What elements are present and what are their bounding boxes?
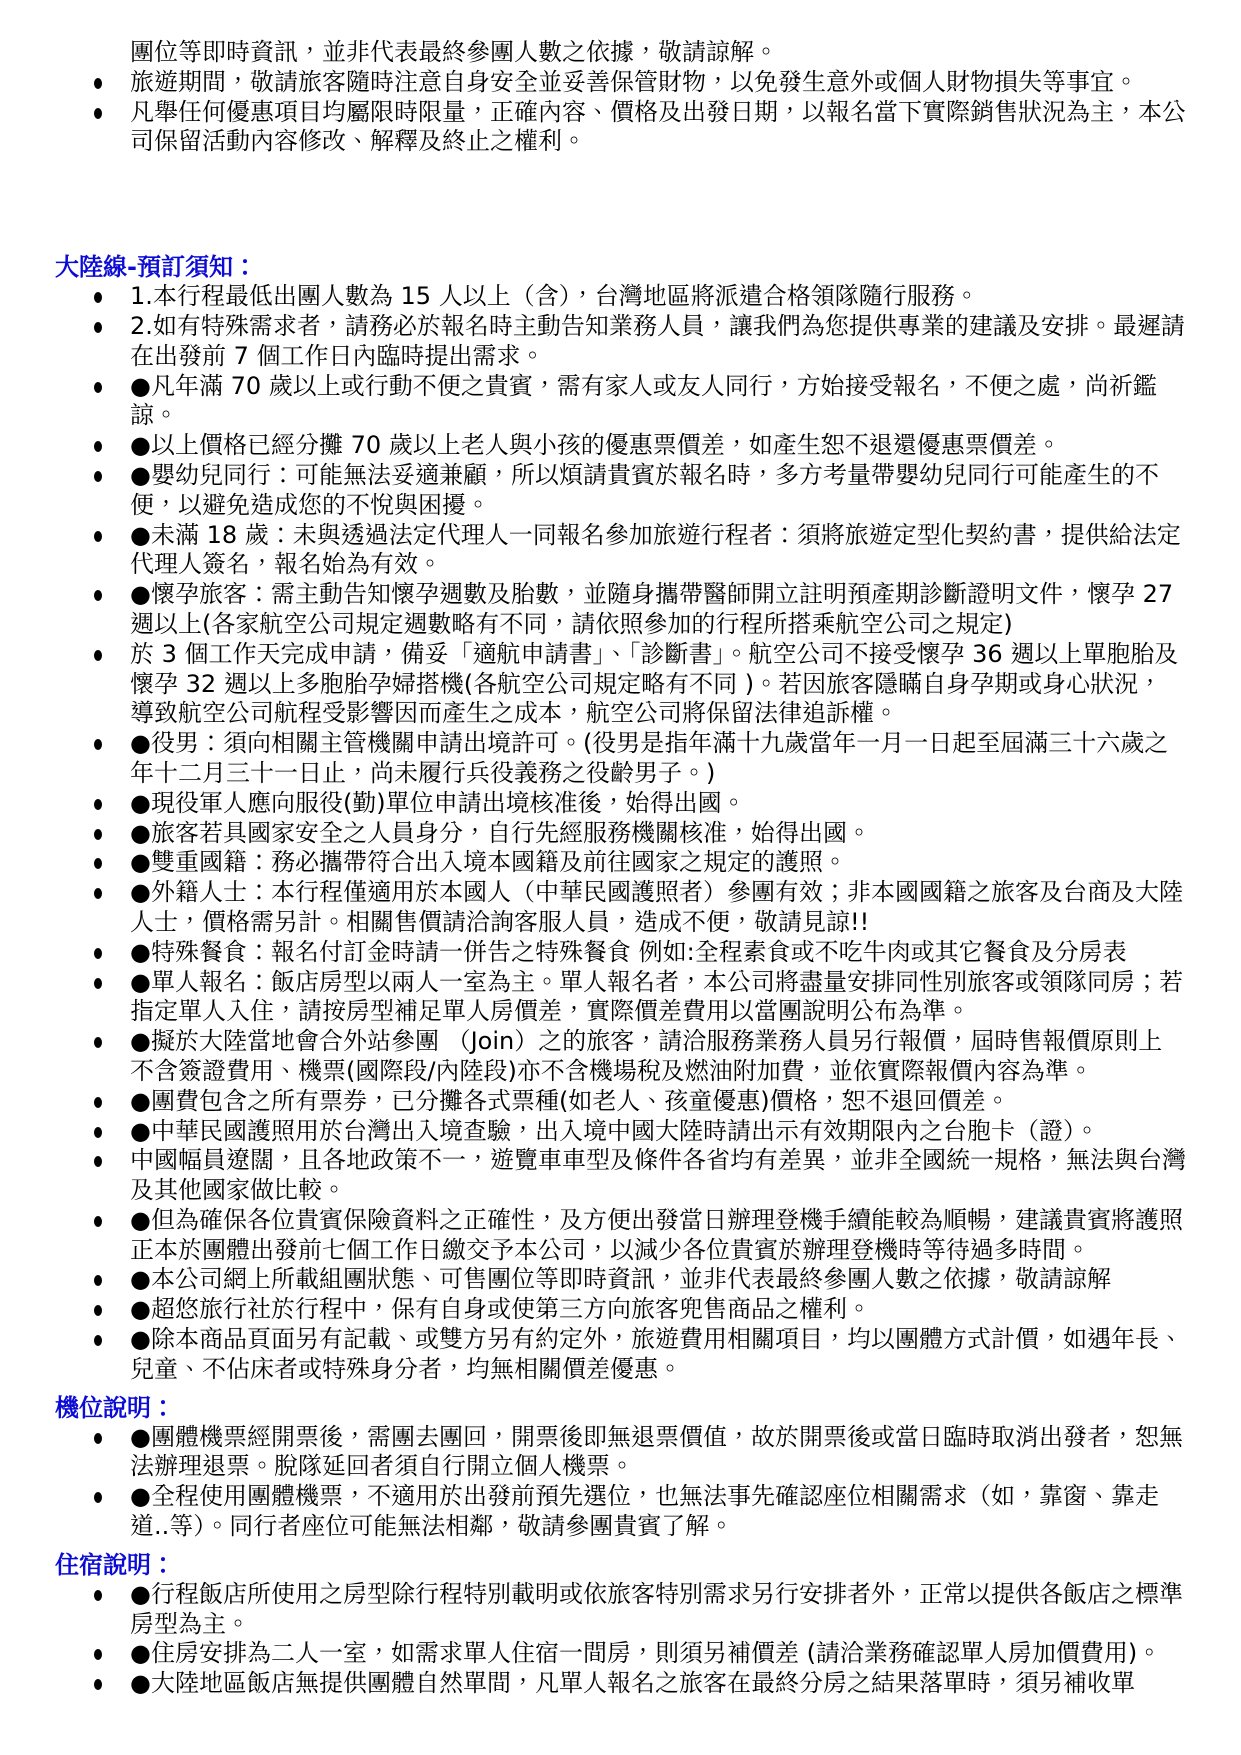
list-item: ●旅客若具國家安全之人員身分，自行先經服務機關核准，始得出國。: [130, 819, 1186, 849]
list-item: ●凡年滿 70 歲以上或行動不便之貴賓，需有家人或友人同行，方始接受報名，不便之…: [130, 372, 1186, 432]
list-item: ●以上價格已經分攤 70 歲以上老人與小孩的優惠票價差，如產生恕不退還優惠票價差…: [130, 431, 1186, 461]
list-item: ●行程飯店所使用之房型除行程特別載明或依旅客特別需求另行安排者外，正常以提供各飯…: [130, 1580, 1186, 1640]
section-list: ●團體機票經開票後，需團去團回，開票後即無退票價值，故於開票後或當日臨時取消出發…: [55, 1423, 1186, 1542]
list-item: 旅遊期間，敬請旅客隨時注意自身安全並妥善保管財物，以免發生意外或個人財物損失等事…: [130, 68, 1186, 98]
page: { "page": { "background_color": "#ffffff…: [0, 0, 1241, 1755]
list-item: ●但為確保各位貴賓保險資料之正確性，及方便出發當日辦理登機手續能較為順暢，建議貴…: [130, 1206, 1186, 1266]
list-item: ●團費包含之所有票券，已分攤各式票種(如老人、孩童優惠)價格，恕不退回價差。: [130, 1087, 1186, 1117]
list-item: ●單人報名：飯店房型以兩人一室為主。單人報名者，本公司將盡量安排同性別旅客或領隊…: [130, 968, 1186, 1028]
list-item: ●團體機票經開票後，需團去團回，開票後即無退票價值，故於開票後或當日臨時取消出發…: [130, 1423, 1186, 1483]
section-list: ●行程飯店所使用之房型除行程特別載明或依旅客特別需求另行安排者外，正常以提供各飯…: [55, 1580, 1186, 1699]
list-item: 凡舉任何優惠項目均屬限時限量，正確內容、價格及出發日期，以報名當下實際銷售狀況為…: [130, 98, 1186, 158]
list-item: ●超悠旅行社於行程中，保有自身或使第三方向旅客兜售商品之權利。: [130, 1295, 1186, 1325]
section-title: 住宿說明：: [55, 1550, 1186, 1580]
list-item: 1.本行程最低出團人數為 15 人以上（含），台灣地區將派遣合格領隊隨行服務。: [130, 282, 1186, 312]
section: 住宿說明：●行程飯店所使用之房型除行程特別載明或依旅客特別需求另行安排者外，正常…: [55, 1550, 1186, 1699]
list-item: ●擬於大陸當地會合外站參團 （Join）之的旅客，請洽服務業務人員另行報價，屆時…: [130, 1027, 1186, 1087]
section-title: 大陸線-預訂須知：: [55, 252, 1186, 282]
section-list: 1.本行程最低出團人數為 15 人以上（含），台灣地區將派遣合格領隊隨行服務。2…: [55, 282, 1186, 1384]
list-item: ●特殊餐食：報名付訂金時請一併告之特殊餐食 例如:全程素食或不吃牛肉或其它餐食及…: [130, 938, 1186, 968]
list-item: ●雙重國籍：務必攜帶符合出入境本國籍及前往國家之規定的護照。: [130, 848, 1186, 878]
intro-section: 團位等即時資訊，並非代表最終參團人數之依據，敬請諒解。 旅遊期間，敬請旅客隨時注…: [55, 38, 1186, 157]
section: 大陸線-預訂須知：1.本行程最低出團人數為 15 人以上（含），台灣地區將派遣合…: [55, 252, 1186, 1384]
list-item: ●住房安排為二人一室，如需求單人住宿一間房，則須另補價差 (請洽業務確認單人房加…: [130, 1639, 1186, 1669]
list-item: ●中華民國護照用於台灣出入境查驗，出入境中國大陸時請出示有效期限內之台胞卡（證）…: [130, 1117, 1186, 1147]
list-item: ●現役軍人應向服役(勤)單位申請出境核准後，始得出國。: [130, 789, 1186, 819]
list-item: ●懷孕旅客：需主動告知懷孕週數及胎數，並隨身攜帶醫師開立註明預產期診斷證明文件，…: [130, 580, 1186, 640]
list-item: ●役男：須向相關主管機關申請出境許可。(役男是指年滿十九歲當年一月一日起至屆滿三…: [130, 729, 1186, 789]
section-title: 機位說明：: [55, 1393, 1186, 1423]
list-item: 於 3 個工作天完成申請，備妥「適航申請書」、「診斷書」。航空公司不接受懷孕 3…: [130, 640, 1186, 729]
list-item: 中國幅員遼闊，且各地政策不一，遊覽車車型及條件各省均有差異，並非全國統一規格，無…: [130, 1146, 1186, 1206]
list-item: 2.如有特殊需求者，請務必於報名時主動告知業務人員，讓我們為您提供專業的建議及安…: [130, 312, 1186, 372]
list-item: ●本公司網上所載組團狀態、可售團位等即時資訊，並非代表最終參團人數之依據，敬請諒…: [130, 1265, 1186, 1295]
list-item: ●未滿 18 歲：未與透過法定代理人一同報名參加旅遊行程者：須將旅遊定型化契約書…: [130, 521, 1186, 581]
sections-root: 大陸線-預訂須知：1.本行程最低出團人數為 15 人以上（含），台灣地區將派遣合…: [55, 252, 1186, 1699]
list-item: ●除本商品頁面另有記載、或雙方另有約定外，旅遊費用相關項目，均以團體方式計價，如…: [130, 1325, 1186, 1385]
list-item: ●全程使用團體機票，不適用於出發前預先選位，也無法事先確認座位相關需求（如，靠窗…: [130, 1482, 1186, 1542]
list-item: ●嬰幼兒同行：可能無法妥適兼顧，所以煩請貴賓於報名時，多方考量帶嬰幼兒同行可能產…: [130, 461, 1186, 521]
list-item: ●大陸地區飯店無提供團體自然單間，凡單人報名之旅客在最終分房之結果落單時，須另補…: [130, 1669, 1186, 1699]
intro-continuation-line: 團位等即時資訊，並非代表最終參團人數之依據，敬請諒解。: [130, 38, 1186, 68]
document: 團位等即時資訊，並非代表最終參團人數之依據，敬請諒解。 旅遊期間，敬請旅客隨時注…: [0, 0, 1241, 1739]
section: 機位說明：●團體機票經開票後，需團去團回，開票後即無退票價值，故於開票後或當日臨…: [55, 1393, 1186, 1542]
list-item: ●外籍人士：本行程僅適用於本國人（中華民國護照者）參團有效；非本國國籍之旅客及台…: [130, 878, 1186, 938]
intro-list: 旅遊期間，敬請旅客隨時注意自身安全並妥善保管財物，以免發生意外或個人財物損失等事…: [55, 68, 1186, 157]
